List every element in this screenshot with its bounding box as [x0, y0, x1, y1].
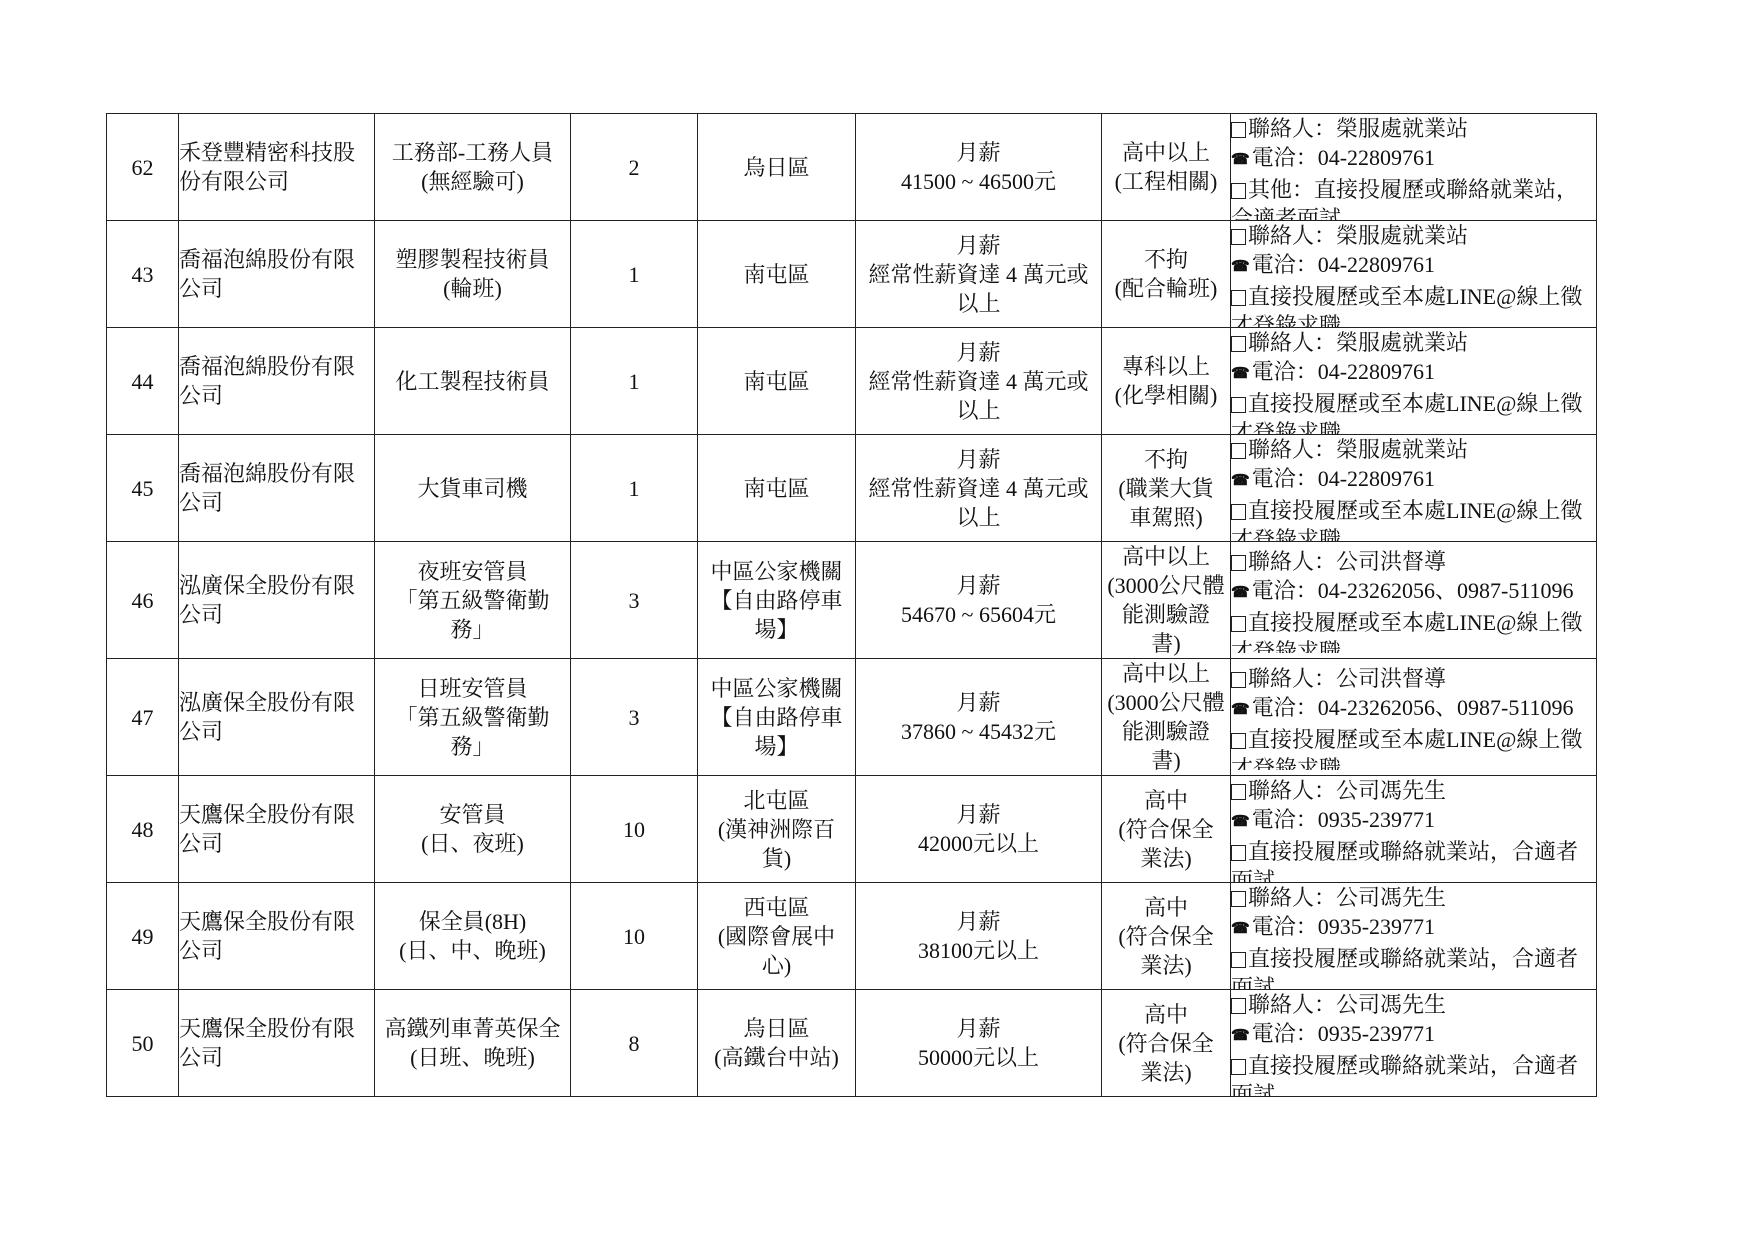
title-line: 務」	[375, 732, 570, 761]
table-row: 47 泓廣保全股份有限公司 日班安管員「第五級警衛勤務」 3 中區公家機關【自由…	[107, 659, 1597, 776]
company-name: 天鷹保全股份有限公司	[179, 883, 375, 990]
education-line: 不拘	[1102, 245, 1230, 274]
contact-person: 聯絡人：榮服處就業站	[1231, 328, 1596, 357]
salary: 月薪50000元以上	[856, 990, 1102, 1097]
salary-line: 以上	[856, 289, 1101, 318]
education-line: 高中	[1102, 893, 1230, 922]
area-line: 場】	[698, 732, 855, 761]
title-line: (輪班)	[375, 274, 570, 303]
job-number: 48	[107, 776, 179, 883]
contact-info: 聯絡人：榮服處就業站 ☎電洽：04-22809761 直接投履歷或至本處LINE…	[1231, 435, 1597, 542]
education-requirement: 高中(符合保全業法)	[1102, 883, 1231, 990]
telephone-icon: ☎	[1231, 1022, 1250, 1051]
company-name: 喬福泡綿股份有限公司	[179, 435, 375, 542]
title-line: 夜班安管員	[375, 557, 570, 586]
salary-line: 38100元以上	[856, 936, 1101, 965]
area-line: 西屯區	[698, 893, 855, 922]
opening-count: 10	[571, 883, 698, 990]
contact-other: 直接投履歷或至本處LINE@線上徵才登錄求職。	[1231, 496, 1596, 541]
job-number: 43	[107, 221, 179, 328]
job-number: 45	[107, 435, 179, 542]
education-line: (化學相關)	[1102, 381, 1230, 410]
area-line: 南屯區	[698, 474, 855, 503]
title-line: (無經驗可)	[375, 167, 570, 196]
opening-count: 1	[571, 435, 698, 542]
job-number: 44	[107, 328, 179, 435]
education-line: 車駕照)	[1102, 503, 1230, 532]
checkbox-icon	[1231, 504, 1246, 520]
job-number: 50	[107, 990, 179, 1097]
salary: 月薪經常性薪資達 4 萬元或以上	[856, 328, 1102, 435]
salary: 月薪經常性薪資達 4 萬元或以上	[856, 221, 1102, 328]
salary-line: 月薪	[856, 338, 1101, 367]
opening-count: 1	[571, 328, 698, 435]
telephone-icon: ☎	[1231, 360, 1250, 389]
job-number: 47	[107, 659, 179, 776]
education-line: 高中以上	[1102, 138, 1230, 167]
education-requirement: 專科以上(化學相關)	[1102, 328, 1231, 435]
company-name: 天鷹保全股份有限公司	[179, 776, 375, 883]
education-line: 書)	[1102, 746, 1230, 775]
job-title: 塑膠製程技術員(輪班)	[375, 221, 571, 328]
area-line: 場】	[698, 615, 855, 644]
contact-phone: ☎電洽：0935-239771	[1231, 1019, 1596, 1051]
education-requirement: 高中以上(3000公尺體能測驗證書)	[1102, 659, 1231, 776]
job-title: 日班安管員「第五級警衛勤務」	[375, 659, 571, 776]
work-area: 烏日區(高鐵台中站)	[698, 990, 856, 1097]
contact-other: 直接投履歷或聯絡就業站，合適者面試	[1231, 944, 1596, 989]
salary: 月薪54670 ~ 65604元	[856, 542, 1102, 659]
opening-count: 8	[571, 990, 698, 1097]
work-area: 南屯區	[698, 435, 856, 542]
contact-phone: ☎電洽：04-22809761	[1231, 357, 1596, 389]
checkbox-icon	[1231, 998, 1246, 1014]
education-requirement: 高中(符合保全業法)	[1102, 990, 1231, 1097]
work-area: 中區公家機關【自由路停車場】	[698, 659, 856, 776]
education-requirement: 不拘(配合輪班)	[1102, 221, 1231, 328]
area-line: (漢神洲際百	[698, 815, 855, 844]
contact-other: 直接投履歷或至本處LINE@線上徵才登錄求職。	[1231, 608, 1596, 653]
area-line: 中區公家機關	[698, 674, 855, 703]
work-area: 南屯區	[698, 221, 856, 328]
checkbox-icon	[1231, 1059, 1246, 1075]
contact-phone: ☎電洽：04-22809761	[1231, 464, 1596, 496]
checkbox-icon	[1231, 336, 1246, 352]
company-name: 喬福泡綿股份有限公司	[179, 221, 375, 328]
contact-person: 聯絡人：公司洪督導	[1231, 664, 1596, 693]
checkbox-icon	[1231, 784, 1246, 800]
opening-count: 10	[571, 776, 698, 883]
contact-other: 直接投履歷或聯絡就業站，合適者面試	[1231, 1051, 1596, 1096]
job-title: 保全員(8H)(日、中、晚班)	[375, 883, 571, 990]
salary: 月薪經常性薪資達 4 萬元或以上	[856, 435, 1102, 542]
area-line: 心)	[698, 951, 855, 980]
education-requirement: 不拘(職業大貨車駕照)	[1102, 435, 1231, 542]
salary-line: 經常性薪資達 4 萬元或	[856, 367, 1101, 396]
salary: 月薪37860 ~ 45432元	[856, 659, 1102, 776]
telephone-icon: ☎	[1231, 253, 1250, 282]
contact-person: 聯絡人：榮服處就業站	[1231, 221, 1596, 250]
checkbox-icon	[1231, 290, 1246, 306]
education-line: 專科以上	[1102, 352, 1230, 381]
contact-info: 聯絡人：榮服處就業站 ☎電洽：04-22809761 其他：直接投履歷或聯絡就業…	[1231, 114, 1597, 221]
job-title: 安管員(日、夜班)	[375, 776, 571, 883]
job-number: 62	[107, 114, 179, 221]
contact-phone: ☎電洽：04-23262056、0987-511096	[1231, 693, 1596, 725]
job-listings-table: 62 禾登豐精密科技股份有限公司 工務部-工務人員(無經驗可) 2 烏日區 月薪…	[106, 113, 1597, 1097]
education-line: 不拘	[1102, 445, 1230, 474]
education-requirement: 高中以上(工程相關)	[1102, 114, 1231, 221]
contact-other: 直接投履歷或至本處LINE@線上徵才登錄求職。	[1231, 389, 1596, 434]
education-line: (符合保全	[1102, 922, 1230, 951]
job-title: 夜班安管員「第五級警衛勤務」	[375, 542, 571, 659]
education-line: 高中以上	[1102, 659, 1230, 688]
table-row: 45 喬福泡綿股份有限公司 大貨車司機 1 南屯區 月薪經常性薪資達 4 萬元或…	[107, 435, 1597, 542]
salary-line: 經常性薪資達 4 萬元或	[856, 474, 1101, 503]
telephone-icon: ☎	[1231, 579, 1250, 608]
salary-line: 經常性薪資達 4 萬元或	[856, 260, 1101, 289]
title-line: 「第五級警衛勤	[375, 703, 570, 732]
area-line: 中區公家機關	[698, 557, 855, 586]
salary-line: 月薪	[856, 800, 1101, 829]
checkbox-icon	[1231, 183, 1246, 199]
salary-line: 50000元以上	[856, 1043, 1101, 1072]
education-line: 書)	[1102, 629, 1230, 658]
contact-phone: ☎電洽：04-22809761	[1231, 250, 1596, 282]
title-line: 日班安管員	[375, 674, 570, 703]
checkbox-icon	[1231, 845, 1246, 861]
company-name: 泓廣保全股份有限公司	[179, 659, 375, 776]
salary-line: 月薪	[856, 445, 1101, 474]
salary-line: 37860 ~ 45432元	[856, 717, 1101, 746]
checkbox-icon	[1231, 122, 1246, 138]
salary-line: 以上	[856, 396, 1101, 425]
table-row: 43 喬福泡綿股份有限公司 塑膠製程技術員(輪班) 1 南屯區 月薪經常性薪資達…	[107, 221, 1597, 328]
opening-count: 1	[571, 221, 698, 328]
job-title: 高鐵列車菁英保全(日班、晚班)	[375, 990, 571, 1097]
education-line: 高中以上	[1102, 542, 1230, 571]
table-row: 49 天鷹保全股份有限公司 保全員(8H)(日、中、晚班) 10 西屯區(國際會…	[107, 883, 1597, 990]
job-number: 46	[107, 542, 179, 659]
education-line: 業法)	[1102, 1058, 1230, 1087]
salary-line: 42000元以上	[856, 829, 1101, 858]
salary: 月薪42000元以上	[856, 776, 1102, 883]
area-line: 南屯區	[698, 367, 855, 396]
education-line: (符合保全	[1102, 815, 1230, 844]
contact-info: 聯絡人：公司洪督導 ☎電洽：04-23262056、0987-511096 直接…	[1231, 542, 1597, 659]
checkbox-icon	[1231, 672, 1246, 688]
telephone-icon: ☎	[1231, 696, 1250, 725]
contact-person: 聯絡人：公司馮先生	[1231, 883, 1596, 912]
contact-person: 聯絡人：榮服處就業站	[1231, 435, 1596, 464]
job-title: 工務部-工務人員(無經驗可)	[375, 114, 571, 221]
contact-phone: ☎電洽：0935-239771	[1231, 912, 1596, 944]
education-line: 高中	[1102, 1000, 1230, 1029]
education-line: 能測驗證	[1102, 717, 1230, 746]
checkbox-icon	[1231, 397, 1246, 413]
title-line: (日、夜班)	[375, 829, 570, 858]
area-line: 貨)	[698, 844, 855, 873]
education-line: 能測驗證	[1102, 600, 1230, 629]
contact-other: 直接投履歷或至本處LINE@線上徵才登錄求職。	[1231, 282, 1596, 327]
table-row: 46 泓廣保全股份有限公司 夜班安管員「第五級警衛勤務」 3 中區公家機關【自由…	[107, 542, 1597, 659]
opening-count: 2	[571, 114, 698, 221]
contact-person: 聯絡人：公司馮先生	[1231, 776, 1596, 805]
title-line: 「第五級警衛勤	[375, 586, 570, 615]
salary-line: 月薪	[856, 571, 1101, 600]
area-line: 【自由路停車	[698, 703, 855, 732]
salary: 月薪41500 ~ 46500元	[856, 114, 1102, 221]
work-area: 南屯區	[698, 328, 856, 435]
area-line: (高鐵台中站)	[698, 1043, 855, 1072]
work-area: 中區公家機關【自由路停車場】	[698, 542, 856, 659]
education-line: (3000公尺體	[1102, 571, 1230, 600]
checkbox-icon	[1231, 891, 1246, 907]
education-line: (工程相關)	[1102, 167, 1230, 196]
salary-line: 月薪	[856, 688, 1101, 717]
telephone-icon: ☎	[1231, 915, 1250, 944]
area-line: 【自由路停車	[698, 586, 855, 615]
opening-count: 3	[571, 659, 698, 776]
salary: 月薪38100元以上	[856, 883, 1102, 990]
checkbox-icon	[1231, 616, 1246, 632]
table-body: 62 禾登豐精密科技股份有限公司 工務部-工務人員(無經驗可) 2 烏日區 月薪…	[107, 114, 1597, 1097]
title-line: 安管員	[375, 800, 570, 829]
company-name: 喬福泡綿股份有限公司	[179, 328, 375, 435]
salary-line: 以上	[856, 503, 1101, 532]
area-line: 南屯區	[698, 260, 855, 289]
area-line: 烏日區	[698, 1014, 855, 1043]
table-row: 44 喬福泡綿股份有限公司 化工製程技術員 1 南屯區 月薪經常性薪資達 4 萬…	[107, 328, 1597, 435]
title-line: 塑膠製程技術員	[375, 245, 570, 274]
education-line: (3000公尺體	[1102, 688, 1230, 717]
contact-other: 其他：直接投履歷或聯絡就業站，合適者面試	[1231, 175, 1596, 220]
education-requirement: 高中以上(3000公尺體能測驗證書)	[1102, 542, 1231, 659]
job-title: 大貨車司機	[375, 435, 571, 542]
title-line: 保全員(8H)	[375, 907, 570, 936]
education-line: 業法)	[1102, 951, 1230, 980]
contact-person: 聯絡人：公司洪督導	[1231, 547, 1596, 576]
area-line: 北屯區	[698, 786, 855, 815]
job-number: 49	[107, 883, 179, 990]
salary-line: 月薪	[856, 138, 1101, 167]
title-line: 化工製程技術員	[375, 367, 570, 396]
contact-other: 直接投履歷或聯絡就業站，合適者面試	[1231, 837, 1596, 882]
salary-line: 54670 ~ 65604元	[856, 600, 1101, 629]
salary-line: 月薪	[856, 231, 1101, 260]
education-line: (配合輪班)	[1102, 274, 1230, 303]
contact-phone: ☎電洽：04-23262056、0987-511096	[1231, 576, 1596, 608]
opening-count: 3	[571, 542, 698, 659]
contact-info: 聯絡人：公司馮先生 ☎電洽：0935-239771 直接投履歷或聯絡就業站，合適…	[1231, 776, 1597, 883]
education-line: 業法)	[1102, 844, 1230, 873]
table-row: 50 天鷹保全股份有限公司 高鐵列車菁英保全(日班、晚班) 8 烏日區(高鐵台中…	[107, 990, 1597, 1097]
checkbox-icon	[1231, 555, 1246, 571]
checkbox-icon	[1231, 443, 1246, 459]
contact-info: 聯絡人：榮服處就業站 ☎電洽：04-22809761 直接投履歷或至本處LINE…	[1231, 221, 1597, 328]
contact-other: 直接投履歷或至本處LINE@線上徵才登錄求職。	[1231, 725, 1596, 770]
title-line: 大貨車司機	[375, 474, 570, 503]
education-requirement: 高中(符合保全業法)	[1102, 776, 1231, 883]
telephone-icon: ☎	[1231, 146, 1250, 175]
area-line: (國際會展中	[698, 922, 855, 951]
salary-line: 41500 ~ 46500元	[856, 167, 1101, 196]
contact-info: 聯絡人：榮服處就業站 ☎電洽：04-22809761 直接投履歷或至本處LINE…	[1231, 328, 1597, 435]
salary-line: 月薪	[856, 1014, 1101, 1043]
table-row: 48 天鷹保全股份有限公司 安管員(日、夜班) 10 北屯區(漢神洲際百貨) 月…	[107, 776, 1597, 883]
salary-line: 月薪	[856, 907, 1101, 936]
checkbox-icon	[1231, 952, 1246, 968]
contact-phone: ☎電洽：04-22809761	[1231, 143, 1596, 175]
work-area: 北屯區(漢神洲際百貨)	[698, 776, 856, 883]
work-area: 西屯區(國際會展中心)	[698, 883, 856, 990]
title-line: (日、中、晚班)	[375, 936, 570, 965]
area-line: 烏日區	[698, 153, 855, 182]
table-row: 62 禾登豐精密科技股份有限公司 工務部-工務人員(無經驗可) 2 烏日區 月薪…	[107, 114, 1597, 221]
checkbox-icon	[1231, 229, 1246, 245]
job-title: 化工製程技術員	[375, 328, 571, 435]
company-name: 泓廣保全股份有限公司	[179, 542, 375, 659]
contact-person: 聯絡人：公司馮先生	[1231, 990, 1596, 1019]
work-area: 烏日區	[698, 114, 856, 221]
title-line: 高鐵列車菁英保全	[375, 1014, 570, 1043]
education-line: 高中	[1102, 786, 1230, 815]
education-line: (符合保全	[1102, 1029, 1230, 1058]
contact-info: 聯絡人：公司馮先生 ☎電洽：0935-239771 直接投履歷或聯絡就業站，合適…	[1231, 990, 1597, 1097]
contact-info: 聯絡人：公司馮先生 ☎電洽：0935-239771 直接投履歷或聯絡就業站，合適…	[1231, 883, 1597, 990]
title-line: (日班、晚班)	[375, 1043, 570, 1072]
checkbox-icon	[1231, 733, 1246, 749]
company-name: 禾登豐精密科技股份有限公司	[179, 114, 375, 221]
company-name: 天鷹保全股份有限公司	[179, 990, 375, 1097]
telephone-icon: ☎	[1231, 467, 1250, 496]
contact-phone: ☎電洽：0935-239771	[1231, 805, 1596, 837]
title-line: 工務部-工務人員	[375, 138, 570, 167]
education-line: (職業大貨	[1102, 474, 1230, 503]
title-line: 務」	[375, 615, 570, 644]
contact-info: 聯絡人：公司洪督導 ☎電洽：04-23262056、0987-511096 直接…	[1231, 659, 1597, 776]
telephone-icon: ☎	[1231, 808, 1250, 837]
contact-person: 聯絡人：榮服處就業站	[1231, 114, 1596, 143]
